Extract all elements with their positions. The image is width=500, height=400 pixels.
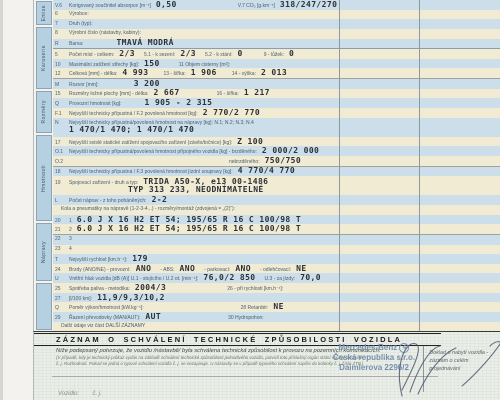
footer-vehicle-label: Vozidlo: č. j. bbox=[58, 391, 102, 397]
form-row: F.1Nejvyšší technicky přípustná / F.2 po… bbox=[53, 108, 500, 118]
field-value: ANO bbox=[180, 265, 196, 273]
row-number: 7 bbox=[55, 22, 69, 27]
field-label: Další údaje viz část DALŠÍ ZÁZNAMY bbox=[61, 324, 145, 329]
field-value: TYP 313 233, NEODNÍMATELNÉ bbox=[128, 186, 264, 194]
field-label: - parkovací: bbox=[204, 268, 230, 273]
sidebar-group-label: Rozměry bbox=[41, 100, 47, 124]
field-label: - ABS: bbox=[160, 268, 174, 273]
field-value: 4 770/4 770 bbox=[238, 167, 295, 175]
row-number: 20 bbox=[55, 219, 69, 224]
sidebar-group: Rozměry bbox=[36, 91, 52, 133]
field-label: V.7 CO₂ [g.km⁻¹] bbox=[238, 4, 275, 9]
field-label: [l/100 km]: bbox=[69, 297, 92, 302]
row-number: 10 bbox=[55, 63, 69, 68]
form-row: 27[l/100 km]:11,9/9,3/10,2 bbox=[53, 293, 500, 303]
form-row: NNejvyšší technicky přípustná/povolená h… bbox=[53, 118, 500, 137]
form-row: O.2nebrzděného:750/750 bbox=[53, 156, 500, 167]
field-label: Kola a pneumatiky na nápravě (1-2-3-4...… bbox=[61, 207, 235, 212]
field-value: 2 013 bbox=[261, 69, 287, 77]
field-label: Počet míst - celkem: bbox=[69, 53, 114, 58]
field-value: 70,0 bbox=[300, 274, 321, 282]
field-label: Nejvyšší technicky přípustná / F.2 povol… bbox=[69, 112, 198, 117]
form-row: TNejvyšší rychlost [km.h⁻¹]:179 bbox=[53, 254, 500, 264]
stamp-line1: Mercedes-Benz 4 bbox=[289, 343, 459, 353]
field-value: 6.0 J X 16 H2 ET 54; 195/65 R 16 C 100/9… bbox=[77, 225, 301, 233]
field-label: 3 bbox=[69, 237, 72, 242]
field-label: 5.1 - k sezení: bbox=[144, 53, 175, 58]
field-label: 1 bbox=[69, 219, 72, 224]
field-label: Brzdy (ANO/NE) - provozní: bbox=[69, 268, 131, 273]
row-number: T bbox=[55, 258, 69, 263]
form-row: 17Nejvyšší svislé statické zatížení spoj… bbox=[53, 137, 500, 147]
field-value: 1 470/1 470; 1 470/1 470 bbox=[69, 126, 194, 134]
approval-section: ZÁZNAM O SCHVÁLENÍ TECHNICKÉ ZPŮSOBILOST… bbox=[33, 331, 500, 400]
field-label: 13 - šířka: bbox=[163, 72, 185, 77]
field-label: Maximální zatížení střechy [kg]: bbox=[69, 63, 139, 68]
stamp-line3: Daimlerova 2296/2 bbox=[289, 363, 459, 373]
row-number: 5 bbox=[55, 53, 69, 58]
form-row: RBarva:TMAVÁ MODRÁ bbox=[53, 39, 500, 50]
form-row: QPoměr výkon/hmotnost [kW.kg⁻¹]:28 Retar… bbox=[53, 302, 500, 312]
sidebar-group-label: Karoserie bbox=[41, 45, 47, 71]
field-label: nebrzděného: bbox=[229, 160, 260, 165]
field-value: 2004/3 bbox=[135, 284, 166, 292]
row-number: 8 bbox=[55, 31, 69, 36]
field-label: Spotřeba paliva - metodika: bbox=[69, 287, 130, 292]
stamp-badge-4-icon: 4 bbox=[399, 343, 409, 353]
sidebar-group: Emise bbox=[36, 1, 52, 25]
field-label: 28 Retardér: bbox=[241, 306, 269, 311]
row-number: 15 bbox=[55, 92, 69, 97]
field-value: 2/3 bbox=[180, 50, 196, 58]
field-label: 2 bbox=[69, 228, 72, 233]
field-value: 1 217 bbox=[244, 89, 270, 97]
form-row: 12Celková [mm] - délka:4 99313 - šířka:1… bbox=[53, 68, 500, 79]
field-value: 1 905 - 2 315 bbox=[145, 99, 213, 107]
field-label: Provozní hmotnost [kg]: bbox=[69, 102, 122, 107]
field-value: 2 000/2 000 bbox=[262, 147, 319, 155]
field-label: Korigovaný součinitel absorpce [m⁻¹] bbox=[69, 4, 151, 9]
field-value: 0 bbox=[289, 50, 294, 58]
row-number: 12 bbox=[55, 72, 69, 77]
column-divider bbox=[419, 0, 420, 331]
row-number: 27 bbox=[55, 297, 69, 302]
field-value: 1 906 bbox=[191, 69, 217, 77]
sidebar-group: Hmotnosti bbox=[36, 135, 52, 221]
form-row: 2016.0 J X 16 H2 ET 54; 195/65 R 16 C 10… bbox=[53, 215, 500, 225]
column-divider bbox=[339, 0, 340, 331]
field-label: - odlehčovací: bbox=[260, 268, 291, 273]
row-number: Q bbox=[55, 306, 69, 311]
field-value: 6.0 J X 16 H2 ET 54; 195/65 R 16 C 100/9… bbox=[77, 216, 301, 224]
field-label: Počet náprav - z toho poháněných: bbox=[69, 199, 147, 204]
row-number: 17 bbox=[55, 141, 69, 146]
form-row: MRozvor [mm]:3 200 bbox=[53, 79, 500, 89]
form-row: 18Nejvyšší technicky přípustná / F.3 pov… bbox=[53, 167, 500, 177]
sidebar-group bbox=[36, 283, 52, 330]
form-row: 15Rozměry ložné plochy [mm] - délka:2 66… bbox=[53, 89, 500, 99]
form-row: 19Spojovací zařízení - druh a typ:TRIDA … bbox=[53, 176, 500, 195]
sidebar-group-label: Nápravy bbox=[41, 241, 47, 263]
field-value: 11,9/9,3/10,2 bbox=[97, 294, 165, 302]
row-number: 29 bbox=[55, 316, 69, 321]
field-label: 14 - výška: bbox=[232, 72, 256, 77]
field-label: 5.2 - k stání: bbox=[205, 53, 233, 58]
form-row: Kola a pneumatiky na nápravě (1-2-3-4...… bbox=[53, 205, 500, 215]
field-value: ANO bbox=[235, 265, 251, 273]
field-label: Nejvyšší technicky přípustná/povolená hm… bbox=[69, 150, 257, 155]
field-label: 26 - při rychlosti [km.h⁻¹]: bbox=[227, 287, 283, 292]
field-label: Rozvor [mm]: bbox=[69, 83, 99, 88]
row-number: 25 bbox=[55, 287, 69, 292]
row-number: F.1 bbox=[55, 112, 69, 117]
row-number: 22 bbox=[55, 237, 69, 242]
field-value: 318/247/270 bbox=[280, 1, 337, 9]
field-label: 4 bbox=[69, 247, 72, 252]
field-label: 9 - lůžek: bbox=[264, 53, 284, 58]
sidebar-group-label: Emise bbox=[41, 5, 47, 21]
row-number: U bbox=[55, 277, 69, 282]
field-value: 2-2 bbox=[152, 196, 168, 204]
field-value: 150 bbox=[144, 60, 160, 68]
field-value: 2 770/2 770 bbox=[203, 109, 260, 117]
field-label: Rozměry ložné plochy [mm] - délka: bbox=[69, 92, 148, 97]
form-row: QProvozní hmotnost [kg]:1 905 - 2 315 bbox=[53, 98, 500, 108]
field-label: 11 Objem cisterny [m³]: bbox=[179, 63, 230, 68]
field-label: Nejvyšší rychlost [km.h⁻¹]: bbox=[69, 258, 127, 263]
form-rows: V.6Korigovaný součinitel absorpce [m⁻¹]0… bbox=[53, 0, 500, 331]
row-number: R bbox=[55, 42, 69, 47]
form-row: V.6Korigovaný součinitel absorpce [m⁻¹]0… bbox=[53, 0, 500, 10]
field-label: Poměr výkon/hmotnost [kW.kg⁻¹]: bbox=[69, 306, 144, 311]
sidebar-group: Karoserie bbox=[36, 27, 52, 89]
field-value: NE bbox=[273, 303, 283, 311]
field-label: Výrobce: bbox=[69, 12, 89, 17]
dealer-stamp: Mercedes-Benz 4 Česká republika s.r.o. D… bbox=[289, 343, 459, 373]
row-number: V.6 bbox=[55, 4, 69, 9]
field-value: Z 100 bbox=[237, 138, 263, 146]
stamp-line2: Česká republika s.r.o. bbox=[289, 353, 459, 363]
field-value: TMAVÁ MODRÁ bbox=[116, 39, 173, 47]
approval-rule-line bbox=[52, 376, 438, 377]
field-label: Řazení převodovky (MAN/AUT): bbox=[69, 316, 140, 321]
sidebar-group: Nápravy bbox=[36, 223, 52, 281]
scan-page-edge bbox=[0, 0, 3, 400]
field-value: 179 bbox=[132, 255, 148, 263]
field-value: 3 200 bbox=[134, 80, 160, 88]
form-row: 234 bbox=[53, 245, 500, 255]
field-label: Výrobní číslo (nástavby, kabiny): bbox=[69, 31, 141, 36]
row-number: Q bbox=[55, 102, 69, 107]
form-row: 10Maximální zatížení střechy [kg]:15011 … bbox=[53, 59, 500, 69]
form-row: 223 bbox=[53, 235, 500, 245]
field-value: 750/750 bbox=[265, 157, 302, 165]
row-number: 6 bbox=[55, 12, 69, 17]
field-label: 30 Hydropohon: bbox=[228, 316, 264, 321]
form-row: 29Řazení převodovky (MAN/AUT):AUT30 Hydr… bbox=[53, 312, 500, 322]
row-number: M bbox=[55, 83, 69, 88]
field-label: Nejvyšší technicky přípustná / F.3 povol… bbox=[69, 170, 233, 175]
field-label: U.3 - za jízdy: bbox=[265, 277, 296, 282]
field-value: 0 bbox=[238, 50, 243, 58]
field-label: Druh (typ): bbox=[69, 22, 93, 27]
form-row: 6Výrobce: bbox=[53, 10, 500, 20]
row-number: 23 bbox=[55, 247, 69, 252]
field-value: 0,50 bbox=[156, 1, 177, 9]
form-row: 25Spotřeba paliva - metodika:2004/326 - … bbox=[53, 283, 500, 293]
sidebar-group-label: Hmotnosti bbox=[41, 165, 47, 192]
row-number: 21 bbox=[55, 228, 69, 233]
form-row: UVnitřní hluk vozidla [dB (A)] U.1 - sto… bbox=[53, 273, 500, 283]
field-value: 76,0/2 850 bbox=[203, 274, 255, 282]
field-label: Vnitřní hluk vozidla [dB (A)] U.1 - stoj… bbox=[69, 277, 198, 282]
field-value: 4 993 bbox=[122, 69, 148, 77]
field-value: AUT bbox=[145, 313, 161, 321]
row-number: O.1 bbox=[55, 150, 69, 155]
form-row: 2126.0 J X 16 H2 ET 54; 195/65 R 16 C 10… bbox=[53, 224, 500, 235]
form-row: O.1Nejvyšší technicky přípustná/povolená… bbox=[53, 146, 500, 156]
row-number: 24 bbox=[55, 268, 69, 273]
form-row: 5Počet míst - celkem:2/35.1 - k sezení:2… bbox=[53, 49, 500, 59]
form-sidebar: EmiseKaroserieRozměryHmotnostiNápravy bbox=[34, 0, 53, 331]
field-label: 16 - šířka: bbox=[217, 92, 239, 97]
form-row: LPočet náprav - z toho poháněných:2-2 bbox=[53, 195, 500, 205]
technical-certificate-form: EmiseKaroserieRozměryHmotnostiNápravy V.… bbox=[33, 0, 500, 331]
form-row: 24Brzdy (ANO/NE) - provozní:ANO- ABS:ANO… bbox=[53, 264, 500, 274]
form-row: 7Druh (typ): bbox=[53, 19, 500, 29]
field-value: ANO bbox=[136, 265, 152, 273]
field-value: 2/3 bbox=[119, 50, 135, 58]
row-number: 18 bbox=[55, 170, 69, 175]
field-value: NE bbox=[296, 265, 306, 273]
row-number: L bbox=[55, 199, 69, 204]
row-number: O.2 bbox=[55, 160, 69, 165]
field-label: Nejvyšší svislé statické zatížení spojov… bbox=[69, 141, 232, 146]
stamp-brand: Mercedes-Benz bbox=[339, 343, 398, 352]
field-label: Barva: bbox=[69, 42, 83, 47]
field-label: Celková [mm] - délka: bbox=[69, 72, 117, 77]
form-row: Další údaje viz část DALŠÍ ZÁZNAMY bbox=[53, 322, 500, 332]
field-value: 2 667 bbox=[153, 89, 179, 97]
